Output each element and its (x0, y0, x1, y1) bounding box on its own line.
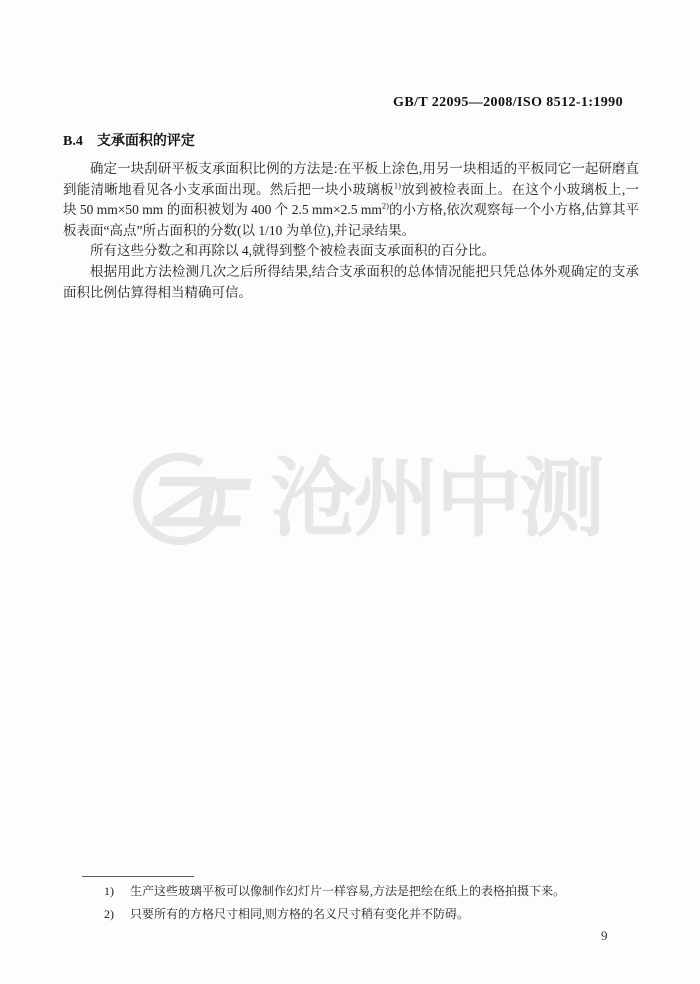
footnote-item-1: 1) 生产这些玻璃平板可以像制作幻灯片一样容易,方法是把绘在纸上的表格拍摄下来。 (104, 880, 632, 903)
footnote-1-marker: 1) (104, 880, 130, 903)
footnote-1-text: 生产这些玻璃平板可以像制作幻灯片一样容易,方法是把绘在纸上的表格拍摄下来。 (130, 880, 632, 903)
watermark: 沧州中测 (128, 438, 602, 560)
zc-logo-icon (128, 438, 256, 560)
paragraph-1: 确定一块刮研平板支承面积比例的方法是:在平板上涂色,用另一块相适的平板同它一起研… (63, 159, 639, 241)
standard-reference-header: GB/T 22095—2008/ISO 8512-1:1990 (393, 95, 623, 111)
paragraph-2: 所有这些分数之和再除以 4,就得到整个被检表面支承面积的百分比。 (63, 241, 639, 262)
footnote-separator (82, 876, 194, 877)
footnote-ref-2: 2) (382, 201, 389, 211)
document-page: GB/T 22095—2008/ISO 8512-1:1990 B.4支承面积的… (0, 0, 700, 984)
footnote-item-2: 2) 只要所有的方格尺寸相同,则方格的名义尺寸稍有变化并不防碍。 (104, 903, 632, 926)
watermark-text: 沧州中测 (270, 456, 602, 542)
paragraph-3: 根据用此方法检测几次之后所得结果,结合支承面积的总体情况能把只凭总体外观确定的支… (63, 262, 639, 303)
footnotes: 1) 生产这些玻璃平板可以像制作幻灯片一样容易,方法是把绘在纸上的表格拍摄下来。… (104, 880, 632, 926)
section-number: B.4 (63, 134, 83, 149)
page-number: 9 (601, 928, 608, 944)
footnote-2-text: 只要所有的方格尺寸相同,则方格的名义尺寸稍有变化并不防碍。 (130, 903, 632, 926)
footnote-ref-1: 1) (394, 180, 401, 190)
section-heading: B.4支承面积的评定 (63, 130, 195, 150)
body-text: 确定一块刮研平板支承面积比例的方法是:在平板上涂色,用另一块相适的平板同它一起研… (63, 159, 639, 303)
section-title: 支承面积的评定 (97, 134, 195, 149)
footnote-2-marker: 2) (104, 903, 130, 926)
